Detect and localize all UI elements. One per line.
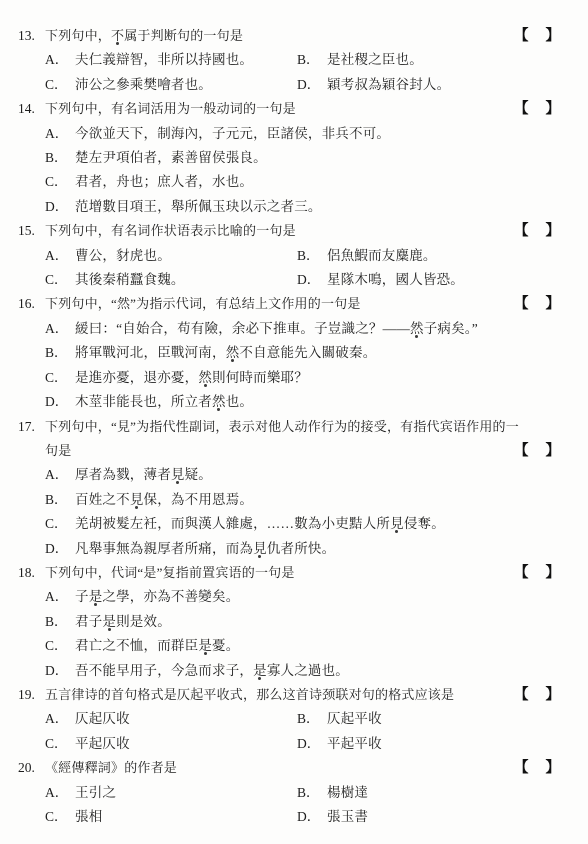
option-label: C． [45, 73, 75, 97]
option-text: 君者，舟也；庶人者，水也。 [75, 170, 253, 194]
option-text: 木莖非能長也，所立者然也。 [75, 390, 253, 414]
bracket-open: 【 [514, 219, 529, 243]
option-label: C． [45, 732, 75, 756]
question-header: 17. 下列句中，“見”为指代性副词，表示对他人动作行为的接受，有指代宾语作用的… [18, 415, 560, 464]
option-text: 吾不能早用子，今急而求子，是寡人之過也。 [75, 659, 349, 683]
option-row: A．仄起仄收 [45, 707, 297, 731]
question-header: 15. 下列句中，有名词作状语表示比喻的一句是 【】 [18, 219, 560, 243]
option-row: C．是進亦憂，退亦憂，然則何時而樂耶？ [45, 366, 560, 390]
option-label: A． [45, 585, 75, 609]
question-stem-line: 句是 [45, 439, 514, 463]
option-text: 仄起平收 [327, 707, 382, 731]
options-grid: A．曹公，豺虎也。 B．侶魚鰕而友麋鹿。 C．其後秦稍蠶食魏。 D．星隊木鳴，國… [45, 244, 560, 293]
option-label: A． [45, 707, 75, 731]
option-label: D． [297, 73, 327, 97]
option-label: C． [45, 366, 75, 390]
bracket-close: 】 [546, 219, 561, 243]
options-grid: A．夫仁義辯智，非所以持國也。 B．是社稷之臣也。 C．沛公之參乘樊噲者也。 D… [45, 48, 560, 97]
question-stem: 下列句中，有名词活用为一般动词的一句是 [45, 97, 514, 121]
option-label: D． [45, 195, 75, 219]
option-row: D．星隊木鳴，國人皆恐。 [297, 268, 560, 292]
option-text: 羌胡被髮左衽，而與漢人雜處，……數為小吏黠人所見侵奪。 [75, 512, 445, 536]
option-row: D．張玉書 [297, 805, 560, 829]
option-row: C．沛公之參乘樊噲者也。 [45, 73, 297, 97]
answer-brackets: 【】 [514, 219, 560, 243]
question-stem-line: 五言律诗的首句格式是仄起平收式，那么这首诗颈联对句的格式应该是 [45, 683, 514, 707]
option-row: B．百姓之不見保，為不用恩焉。 [45, 488, 560, 512]
question-stem: 《經傳釋詞》的作者是 [45, 756, 514, 780]
bracket-open: 【 [514, 97, 529, 121]
answer-brackets: 【】 [514, 97, 560, 121]
option-label: A． [45, 317, 75, 341]
options-list: A．子是之學，亦為不善變矣。 B．君子是則是效。 C．君亡之不恤，而群臣是憂。 … [45, 585, 560, 683]
emphasized-character: 是 [198, 638, 212, 653]
option-row: A．夫仁義辯智，非所以持國也。 [45, 48, 297, 72]
option-label: A． [45, 244, 75, 268]
answer-brackets: 【】 [514, 292, 560, 316]
emphasized-character: 是 [89, 589, 103, 604]
option-text: 平起仄收 [75, 732, 130, 756]
option-text: 是進亦憂，退亦憂，然則何時而樂耶？ [75, 366, 308, 390]
option-label: B． [45, 488, 75, 512]
option-label: B． [297, 781, 327, 805]
question-number: 19. [18, 683, 45, 707]
bracket-close: 】 [546, 439, 561, 463]
option-text: 范增數目項王，舉所佩玉玦以示之者三。 [75, 195, 322, 219]
option-text: 仄起仄收 [75, 707, 130, 731]
emphasized-character: 然 [212, 394, 226, 409]
option-text: 平起平收 [327, 732, 382, 756]
answer-brackets: 【】 [514, 439, 560, 463]
question-block: 17. 下列句中，“見”为指代性副词，表示对他人动作行为的接受，有指代宾语作用的… [18, 415, 560, 561]
question-number: 20. [18, 756, 45, 780]
option-row: B．仄起平收 [297, 707, 560, 731]
bracket-open: 【 [514, 756, 529, 780]
bracket-close: 】 [546, 756, 561, 780]
question-header: 18. 下列句中，代词“是”复指前置宾语的一句是 【】 [18, 561, 560, 585]
option-row: C．君亡之不恤，而群臣是憂。 [45, 634, 560, 658]
answer-brackets: 【】 [514, 683, 560, 707]
option-text: 穎考叔為穎谷封人。 [327, 73, 450, 97]
option-text: 星隊木鳴，國人皆恐。 [327, 268, 464, 292]
question-header: 14. 下列句中，有名词活用为一般动词的一句是 【】 [18, 97, 560, 121]
question-number: 15. [18, 219, 45, 243]
option-label: C． [45, 268, 75, 292]
emphasized-character: 是 [102, 614, 116, 629]
option-label: C． [45, 634, 75, 658]
emphasized-character: 見 [390, 516, 404, 531]
option-label: A． [45, 48, 75, 72]
option-row: C．羌胡被髮左衽，而與漢人雜處，……數為小吏黠人所見侵奪。 [45, 512, 560, 536]
question-stem: 下列句中，“然”为指示代词，有总结上文作用的一句是 [45, 292, 514, 316]
option-label: B． [297, 244, 327, 268]
emphasized-character: 見 [253, 541, 267, 556]
options-grid: A．仄起仄收 B．仄起平收 C．平起仄收 D．平起平收 [45, 707, 560, 756]
option-text: 王引之 [75, 781, 116, 805]
question-stem: 下列句中，不属于判断句的一句是 [45, 24, 514, 48]
option-text: 其後秦稍蠶食魏。 [75, 268, 185, 292]
option-text: 君亡之不恤，而群臣是憂。 [75, 634, 239, 658]
bracket-close: 】 [546, 683, 561, 707]
question-stem-line: 下列句中，“見”为指代性副词，表示对他人动作行为的接受，有指代宾语作用的一 [45, 415, 514, 439]
question-block: 14. 下列句中，有名词活用为一般动词的一句是 【】 A．今欲並天下，制海內，子… [18, 97, 560, 219]
options-grid: A．王引之 B．楊樹達 C．張相 D．張玉書 [45, 781, 560, 830]
option-label: B． [297, 48, 327, 72]
bracket-close: 】 [546, 561, 561, 585]
question-number: 13. [18, 24, 45, 48]
option-label: C． [45, 805, 75, 829]
question-stem: 五言律诗的首句格式是仄起平收式，那么这首诗颈联对句的格式应该是 [45, 683, 514, 707]
answer-brackets: 【】 [514, 756, 560, 780]
option-text: 侶魚鰕而友麋鹿。 [327, 244, 437, 268]
option-label: B． [45, 610, 75, 634]
option-label: D． [45, 390, 75, 414]
option-label: D． [297, 805, 327, 829]
option-row: B．君子是則是效。 [45, 610, 560, 634]
option-row: D．凡舉事無為親厚者所痛，而為見仇者所快。 [45, 537, 560, 561]
option-text: 凡舉事無為親厚者所痛，而為見仇者所快。 [75, 537, 335, 561]
question-block: 18. 下列句中，代词“是”复指前置宾语的一句是 【】 A．子是之學，亦為不善變… [18, 561, 560, 683]
option-label: D． [45, 659, 75, 683]
option-label: D． [297, 268, 327, 292]
option-text: 楊樹達 [327, 781, 368, 805]
option-text: 厚者為戮，薄者見疑。 [75, 463, 212, 487]
exam-page: 13. 下列句中，不属于判断句的一句是 【】 A．夫仁義辯智，非所以持國也。 B… [0, 0, 588, 829]
option-label: D． [297, 732, 327, 756]
question-number: 16. [18, 292, 45, 316]
option-row: B．楚左尹項伯者，素善留侯張良。 [45, 146, 560, 170]
question-stem-line: 下列句中，“然”为指示代词，有总结上文作用的一句是 [45, 292, 514, 316]
answer-brackets: 【】 [514, 561, 560, 585]
option-text: 百姓之不見保，為不用恩焉。 [75, 488, 253, 512]
question-stem-line: 下列句中，有名词作状语表示比喻的一句是 [45, 219, 514, 243]
question-header: 13. 下列句中，不属于判断句的一句是 【】 [18, 24, 560, 48]
bracket-open: 【 [514, 683, 529, 707]
bracket-open: 【 [514, 24, 529, 48]
question-block: 15. 下列句中，有名词作状语表示比喻的一句是 【】 A．曹公，豺虎也。 B．侶… [18, 219, 560, 292]
question-number: 14. [18, 97, 45, 121]
question-header: 19. 五言律诗的首句格式是仄起平收式，那么这首诗颈联对句的格式应该是 【】 [18, 683, 560, 707]
option-label: A． [45, 463, 75, 487]
emphasized-character: 見 [171, 467, 185, 482]
bracket-open: 【 [514, 561, 529, 585]
emphasized-character: 然 [198, 370, 212, 385]
option-row: D．木莖非能長也，所立者然也。 [45, 390, 560, 414]
question-block: 13. 下列句中，不属于判断句的一句是 【】 A．夫仁義辯智，非所以持國也。 B… [18, 24, 560, 97]
option-label: B． [297, 707, 327, 731]
options-list: A．今欲並天下，制海內，子元元，臣諸侯，非兵不可。 B．楚左尹項伯者，素善留侯張… [45, 122, 560, 220]
option-text: 曹公，豺虎也。 [75, 244, 171, 268]
option-label: A． [45, 122, 75, 146]
option-text: 將軍戰河北，臣戰河南，然不自意能先入關破秦。 [75, 341, 376, 365]
question-stem-line: 《經傳釋詞》的作者是 [45, 756, 514, 780]
question-block: 19. 五言律诗的首句格式是仄起平收式，那么这首诗颈联对句的格式应该是 【】 A… [18, 683, 560, 756]
option-label: B． [45, 341, 75, 365]
options-list: A．緩曰：“自始合，苟有險，余必下推車。子豈識之？——然子病矣。” B．將軍戰河… [45, 317, 560, 415]
option-text: 君子是則是效。 [75, 610, 171, 634]
question-stem-line: 下列句中，有名词活用为一般动词的一句是 [45, 97, 514, 121]
question-block: 16. 下列句中，“然”为指示代词，有总结上文作用的一句是 【】 A．緩曰：“自… [18, 292, 560, 414]
option-text: 今欲並天下，制海內，子元元，臣諸侯，非兵不可。 [75, 122, 390, 146]
option-text: 張相 [75, 805, 102, 829]
option-label: C． [45, 170, 75, 194]
option-label: D． [45, 537, 75, 561]
option-text: 夫仁義辯智，非所以持國也。 [75, 48, 253, 72]
question-stem: 下列句中，有名词作状语表示比喻的一句是 [45, 219, 514, 243]
answer-brackets: 【】 [514, 24, 560, 48]
emphasized-character: 然 [226, 345, 240, 360]
emphasized-character: 然 [410, 321, 424, 336]
question-header: 16. 下列句中，“然”为指示代词，有总结上文作用的一句是 【】 [18, 292, 560, 316]
bracket-close: 】 [546, 292, 561, 316]
option-row: A．今欲並天下，制海內，子元元，臣諸侯，非兵不可。 [45, 122, 560, 146]
option-text: 緩曰：“自始合，苟有險，余必下推車。子豈識之？——然子病矣。” [75, 317, 478, 341]
option-text: 楚左尹項伯者，素善留侯張良。 [75, 146, 267, 170]
question-number: 18. [18, 561, 45, 585]
question-block: 20. 《經傳釋詞》的作者是 【】 A．王引之 B．楊樹達 C．張相 D．張玉書 [18, 756, 560, 829]
question-header: 20. 《經傳釋詞》的作者是 【】 [18, 756, 560, 780]
emphasized-character: 不 [111, 28, 124, 43]
option-row: D．范增數目項王，舉所佩玉玦以示之者三。 [45, 195, 560, 219]
option-label: C． [45, 512, 75, 536]
option-row: D．平起平收 [297, 732, 560, 756]
bracket-close: 】 [546, 24, 561, 48]
option-text: 子是之學，亦為不善變矣。 [75, 585, 239, 609]
bracket-open: 【 [514, 292, 529, 316]
question-number: 17. [18, 415, 45, 439]
option-row: B．將軍戰河北，臣戰河南，然不自意能先入關破秦。 [45, 341, 560, 365]
question-stem-line: 下列句中，代词“是”复指前置宾语的一句是 [45, 561, 514, 585]
option-text: 沛公之參乘樊噲者也。 [75, 73, 212, 97]
option-row: A．曹公，豺虎也。 [45, 244, 297, 268]
option-row: D．吾不能早用子，今急而求子，是寡人之過也。 [45, 659, 560, 683]
question-stem-line: 下列句中，不属于判断句的一句是 [45, 24, 514, 48]
option-row: C．張相 [45, 805, 297, 829]
option-label: B． [45, 146, 75, 170]
option-text: 是社稷之臣也。 [327, 48, 423, 72]
option-row: C．其後秦稍蠶食魏。 [45, 268, 297, 292]
question-stem: 下列句中，“見”为指代性副词，表示对他人动作行为的接受，有指代宾语作用的一 句是 [45, 415, 514, 464]
options-list: A．厚者為戮，薄者見疑。 B．百姓之不見保，為不用恩焉。 C．羌胡被髮左衽，而與… [45, 463, 560, 561]
option-row: C．平起仄收 [45, 732, 297, 756]
option-row: B．侶魚鰕而友麋鹿。 [297, 244, 560, 268]
option-label: A． [45, 781, 75, 805]
option-row: B．是社稷之臣也。 [297, 48, 560, 72]
bracket-close: 】 [546, 97, 561, 121]
option-row: A．厚者為戮，薄者見疑。 [45, 463, 560, 487]
emphasized-character: 見 [130, 492, 144, 507]
option-row: D．穎考叔為穎谷封人。 [297, 73, 560, 97]
bracket-open: 【 [514, 439, 529, 463]
option-row: B．楊樹達 [297, 781, 560, 805]
option-row: A．子是之學，亦為不善變矣。 [45, 585, 560, 609]
option-row: A．王引之 [45, 781, 297, 805]
question-stem: 下列句中，代词“是”复指前置宾语的一句是 [45, 561, 514, 585]
emphasized-character: 是 [253, 663, 267, 678]
option-row: A．緩曰：“自始合，苟有險，余必下推車。子豈識之？——然子病矣。” [45, 317, 560, 341]
option-row: C．君者，舟也；庶人者，水也。 [45, 170, 560, 194]
option-text: 張玉書 [327, 805, 368, 829]
